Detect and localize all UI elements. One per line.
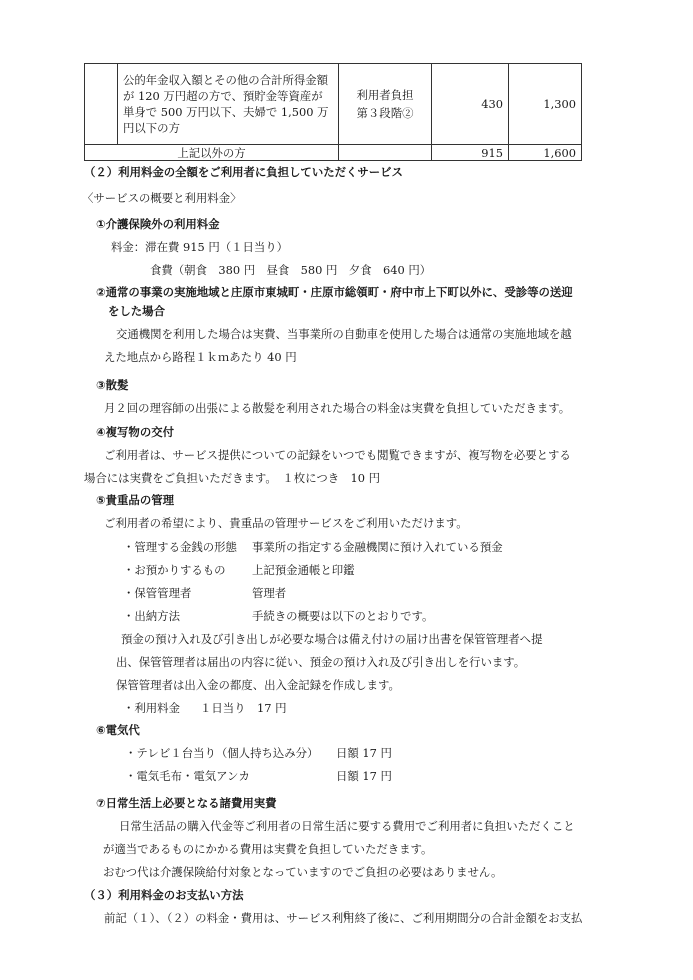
- bullet-value: 手続きの概要は以下のとおりです。: [252, 608, 433, 624]
- bullet-value: 日額 17 円: [336, 768, 392, 784]
- item-title: ⑦日常生活上必要となる諸費用実費: [96, 795, 277, 811]
- table-cell-empty: [85, 64, 118, 145]
- item-text: ご利用者の希望により、貴重品の管理サービスをご利用いただけます。: [104, 515, 468, 531]
- table-cell-value: 1,600: [509, 145, 582, 161]
- table-cell-value: 430: [432, 64, 509, 145]
- bullet-label: ・出納方法: [123, 608, 180, 624]
- item-text: えた地点から路程１ｋｍあたり 40 円: [104, 349, 297, 365]
- item-text: 出、保管管理者は届出の内容に従い、預金の預け入れ及び引き出しを行います。: [116, 654, 525, 670]
- table-row: 上記以外の方 915 1,600: [85, 145, 582, 161]
- bullet-label: ・保管管理者: [123, 585, 191, 601]
- bullet-value: 事業所の指定する金融機関に預け入れている預金: [252, 539, 503, 555]
- bullet-label: ・電気毛布・電気アンカ: [125, 768, 250, 784]
- page-number: 6: [343, 909, 350, 922]
- section-heading: （２）利用料金の全額をご利用者に負担していただくサービス: [84, 164, 403, 180]
- item-title: ④複写物の交付: [96, 424, 174, 440]
- item-title: ③散髪: [96, 377, 128, 393]
- fee-table: 公的年金収入額とその他の合計所得金額が 120 万円超の方で、預貯金等資産が単身…: [84, 63, 582, 161]
- item-text: おむつ代は介護保険給付対象となっていますのでご負担の必要はありません。: [103, 864, 502, 880]
- item-text: 日常生活品の購入代金等ご利用者の日常生活に要する費用でご利用者に負担いただくこと: [119, 818, 575, 834]
- bullet-label: ・お預かりするもの: [123, 562, 226, 578]
- item-text: 保管管理者は出入金の都度、出入金記録を作成します。: [116, 677, 400, 693]
- table-row: 公的年金収入額とその他の合計所得金額が 120 万円超の方で、預貯金等資産が単身…: [85, 64, 582, 145]
- item-text: 預金の預け入れ及び引き出しが必要な場合は備え付けの届け出書を保管管理者へ提: [121, 631, 542, 647]
- item-text: 食費（朝食 380 円 昼食 580 円 夕食 640 円）: [150, 262, 431, 278]
- item-text: 月２回の理容師の出張による散髪を利用された場合の料金は実費を負担していただきます…: [104, 400, 570, 416]
- table-cell-description: 公的年金収入額とその他の合計所得金額が 120 万円超の方で、預貯金等資産が単身…: [118, 64, 339, 145]
- item-text: 交通機関を利用した場合は実費、当事業所の自動車を使用した場合は通常の実施地域を越: [116, 326, 572, 342]
- item-title: ⑥電気代: [96, 722, 140, 738]
- item-title: ⑤貴重品の管理: [96, 492, 174, 508]
- subheading: 〈サービスの概要と利用料金〉: [82, 190, 241, 206]
- bullet-label: ・管理する金銭の形態: [123, 539, 237, 555]
- bullet-value: 上記預金通帳と印鑑: [252, 562, 355, 578]
- table-cell-value: 915: [432, 145, 509, 161]
- item-title: をした場合: [108, 303, 165, 319]
- table-cell-value: 1,300: [509, 64, 582, 145]
- fee-label: ・利用料金: [123, 700, 180, 716]
- item-title: ①介護保険外の利用料金: [96, 216, 220, 232]
- item-text: 料金：滞在費 915 円（１日当り）: [111, 239, 288, 255]
- item-title: ②通常の事業の実施地域と庄原市東城町・庄原市総領町・府中市上下町以外に、受診等の…: [96, 284, 573, 300]
- item-text: 場合には実費をご負担いただきます。 １枚につき 10 円: [84, 470, 380, 486]
- table-cell-category: 利用者負担 第３段階②: [339, 64, 432, 145]
- category-line: 第３段階②: [344, 104, 426, 122]
- table-cell-description: 上記以外の方: [85, 145, 339, 161]
- bullet-value: 管理者: [252, 585, 286, 601]
- bullet-label: ・テレビ１台当り（個人持ち込み分）: [125, 745, 318, 761]
- item-text: ご利用者は、サービス提供についての記録をいつでも閲覧できますが、複写物を必要とす…: [104, 447, 571, 463]
- category-line: 利用者負担: [344, 86, 426, 104]
- fee-value: １日当り 17 円: [200, 700, 286, 716]
- item-text: が適当であるものにかかる費用は実費を負担していただきます。: [103, 841, 432, 857]
- table-cell-category: [339, 145, 432, 161]
- section-heading: （３）利用料金のお支払い方法: [84, 887, 243, 903]
- bullet-value: 日額 17 円: [336, 745, 392, 761]
